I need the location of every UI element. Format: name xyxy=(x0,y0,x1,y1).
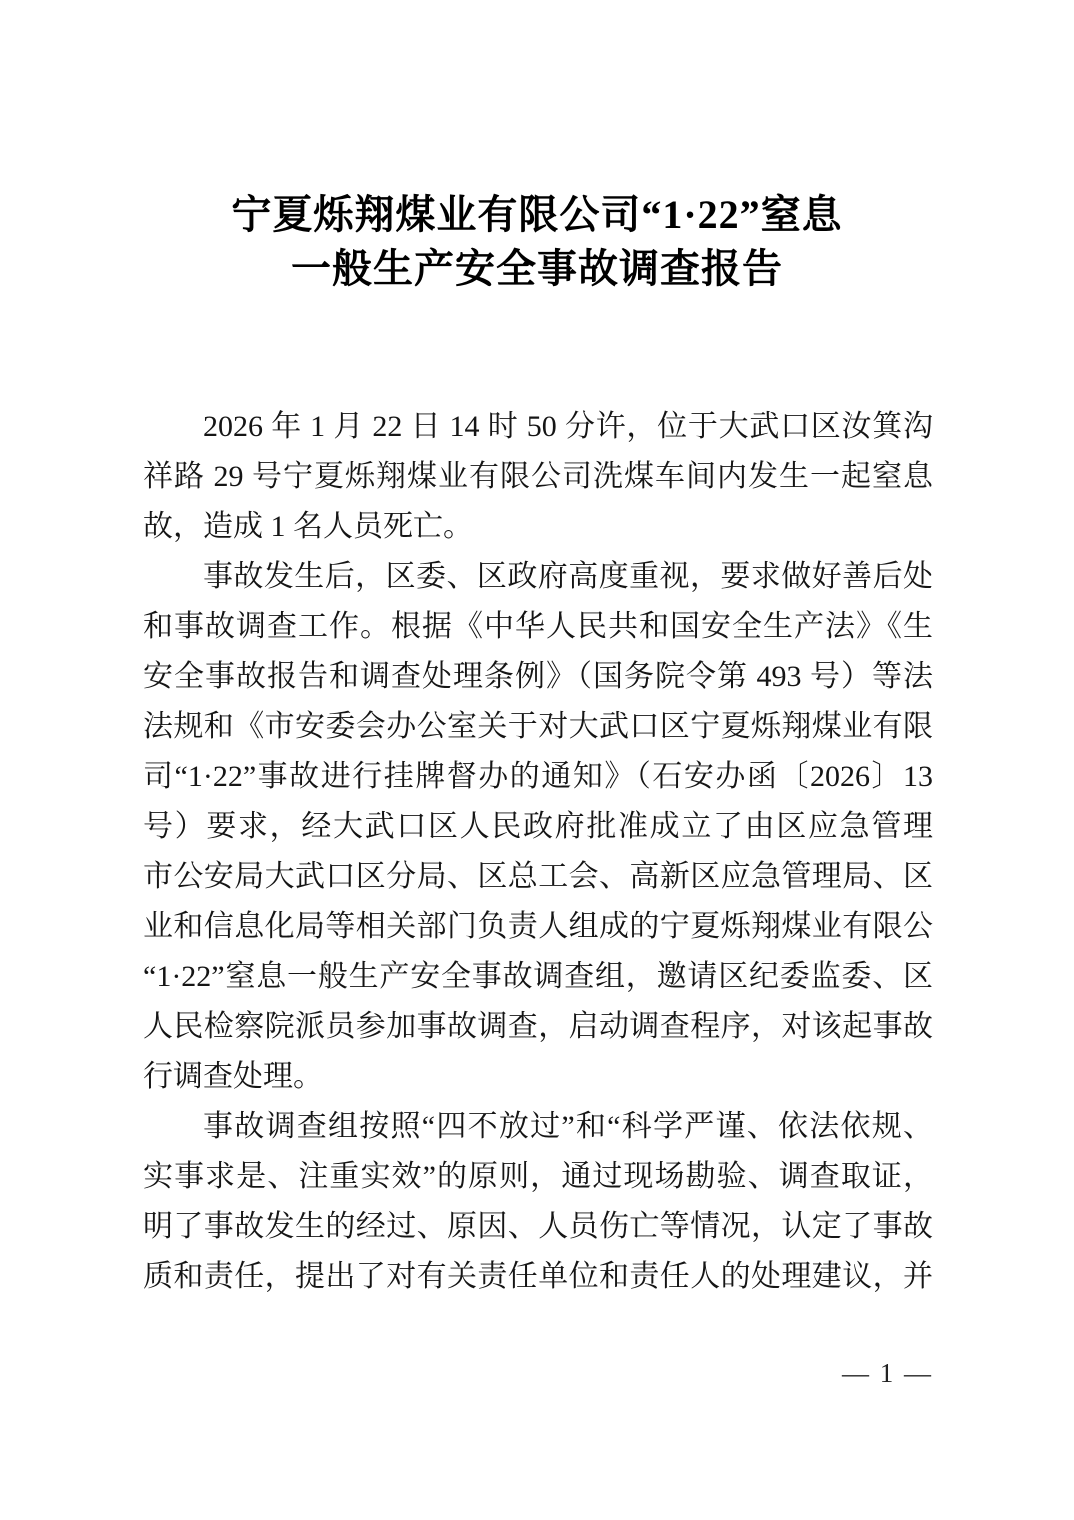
body-line: 人民检察院派员参加事故调查，启动调查程序，对该起事故进 xyxy=(143,1002,933,1052)
body-line: 市公安局大武口区分局、区总工会、高新区应急管理局、区工 xyxy=(143,852,933,902)
body-line: 行调查处理。 xyxy=(143,1052,933,1102)
body-line: 质和责任，提出了对有关责任单位和责任人的处理建议，并针 xyxy=(143,1252,933,1302)
body-line: 事故发生后，区委、区政府高度重视，要求做好善后处理 xyxy=(143,552,933,602)
body-line: 实事求是、注重实效”的原则，通过现场勘验、调查取证，查 xyxy=(143,1152,933,1202)
body-line: 故，造成 1 名人员死亡。 xyxy=(143,502,933,552)
body-line: 业和信息化局等相关部门负责人组成的宁夏烁翔煤业有限公司 xyxy=(143,902,933,952)
body-line: 事故调查组按照“四不放过”和“科学严谨、依法依规、 xyxy=(143,1102,933,1152)
document-body: 2026 年 1 月 22 日 14 时 50 分许，位于大武口区汝箕沟汝祥路 … xyxy=(143,402,933,1302)
body-line: “1·22”窒息一般生产安全事故调查组，邀请区纪委监委、区 xyxy=(143,952,933,1002)
body-line: 安全事故报告和调查处理条例》（国务院令第 493 号）等法律 xyxy=(143,652,933,702)
page-number: — 1 — xyxy=(842,1356,933,1390)
document-title-line-2: 一般生产安全事故调查报告 xyxy=(0,242,1074,296)
body-line: 明了事故发生的经过、原因、人员伤亡等情况，认定了事故性 xyxy=(143,1202,933,1252)
document-title: 宁夏烁翔煤业有限公司“1·22”窒息 一般生产安全事故调查报告 xyxy=(0,188,1074,296)
body-line: 号）要求，经大武口区人民政府批准成立了由区应急管理局、 xyxy=(143,802,933,852)
body-line: 法规和《市安委会办公室关于对大武口区宁夏烁翔煤业有限公 xyxy=(143,702,933,752)
body-line: 司“1·22”事故进行挂牌督办的通知》（石安办函〔2026〕13 xyxy=(143,752,933,802)
body-line: 和事故调查工作。根据《中华人民共和国安全生产法》《生产 xyxy=(143,602,933,652)
body-line: 2026 年 1 月 22 日 14 时 50 分许，位于大武口区汝箕沟汝 xyxy=(143,402,933,452)
body-line: 祥路 29 号宁夏烁翔煤业有限公司洗煤车间内发生一起窒息事 xyxy=(143,452,933,502)
document-title-line-1: 宁夏烁翔煤业有限公司“1·22”窒息 xyxy=(0,188,1074,242)
document-page: 宁夏烁翔煤业有限公司“1·22”窒息 一般生产安全事故调查报告 2026 年 1… xyxy=(0,0,1074,1520)
